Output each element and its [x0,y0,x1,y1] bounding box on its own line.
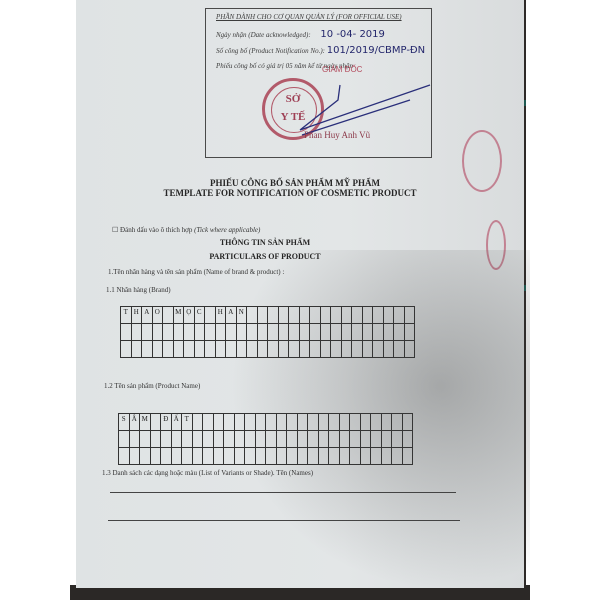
grid-cell[interactable] [213,414,224,431]
official-heading: PHẦN DÀNH CHO CƠ QUAN QUẢN LÝ (FOR OFFIC… [216,13,402,21]
grid-cell[interactable]: T [182,414,193,431]
grid-cell[interactable] [392,448,403,465]
grid-cell[interactable] [245,431,256,448]
grid-cell[interactable] [226,341,237,358]
grid-cell[interactable] [182,431,193,448]
grid-cell[interactable] [192,431,203,448]
grid-cell[interactable] [402,448,413,465]
grid-cell[interactable] [205,307,216,324]
grid-cell[interactable] [266,448,277,465]
grid-cell[interactable] [194,341,205,358]
grid-cell[interactable] [150,431,161,448]
grid-cell[interactable] [121,324,132,341]
grid-cell[interactable] [381,414,392,431]
grid-cell[interactable] [383,307,394,324]
grid-cell[interactable] [247,324,258,341]
grid-cell[interactable] [331,324,342,341]
title-english: TEMPLATE FOR NOTIFICATION OF COSMETIC PR… [140,188,440,198]
grid-cell[interactable]: O [152,307,163,324]
variant-line-2[interactable] [108,520,460,521]
grid-cell[interactable] [329,431,340,448]
grid-cell[interactable] [287,448,298,465]
grid-cell[interactable] [163,341,174,358]
grid-cell[interactable] [121,341,132,358]
director-title: GIÁM ĐỐC [322,65,362,74]
grid-cell[interactable] [163,324,174,341]
grid-cell[interactable] [140,431,151,448]
grid-cell[interactable] [192,448,203,465]
signer-name: Phan Huy Anh Vũ [304,130,370,140]
grid-cell[interactable] [142,324,153,341]
section-heading-vi: THÔNG TIN SẢN PHẨM [180,238,350,247]
grid-cell[interactable] [373,324,384,341]
grid-cell[interactable] [352,341,363,358]
grid-cell[interactable] [161,431,172,448]
grid-cell[interactable] [373,341,384,358]
grid-cell[interactable] [404,324,415,341]
grid-cell[interactable]: N [236,307,247,324]
side-stamp [486,220,506,270]
grid-cell[interactable] [394,341,405,358]
question-1-3-label: 1.3 Danh sách các dạng hoặc màu (List of… [102,469,313,477]
grid-cell[interactable] [308,448,319,465]
grid-cell[interactable] [150,448,161,465]
grid-cell[interactable] [383,324,394,341]
grid-cell[interactable] [142,341,153,358]
grid-cell[interactable] [318,448,329,465]
grid-cell[interactable]: C [194,307,205,324]
date-label: Ngày nhận (Date acknowledged): 10 -04- 2… [216,29,385,40]
grid-cell[interactable] [371,414,382,431]
grid-cell[interactable] [329,448,340,465]
grid-cell[interactable] [192,414,203,431]
grid-cell[interactable] [173,341,184,358]
grid-cell[interactable] [373,307,384,324]
grid-cell[interactable] [320,307,331,324]
grid-cell[interactable] [268,307,279,324]
grid-cell[interactable]: Â [129,414,140,431]
grid-cell[interactable] [276,431,287,448]
grid-cell[interactable] [308,414,319,431]
grid-cell[interactable]: H [131,307,142,324]
grid-cell[interactable] [352,307,363,324]
grid-cell[interactable] [234,414,245,431]
grid-cell[interactable] [152,324,163,341]
grid-cell[interactable] [310,341,321,358]
grid-cell[interactable] [173,324,184,341]
grid-cell[interactable] [266,414,277,431]
grid-cell[interactable] [257,341,268,358]
grid-cell[interactable] [381,448,392,465]
grid-cell[interactable] [299,341,310,358]
grid-cell[interactable] [215,324,226,341]
question-1-1-label: 1.1 Nhãn hàng (Brand) [106,286,171,294]
grid-cell[interactable] [362,307,373,324]
grid-cell[interactable] [205,324,216,341]
grid-cell[interactable] [278,324,289,341]
grid-cell[interactable] [392,414,403,431]
grid-cell[interactable] [352,324,363,341]
grid-cell[interactable] [362,324,373,341]
grid-cell[interactable] [381,431,392,448]
grid-cell[interactable] [203,448,214,465]
grid-cell[interactable] [236,341,247,358]
grid-cell[interactable] [341,307,352,324]
title-vietnamese: PHIẾU CÔNG BỐ SẢN PHẨM MỸ PHẨM [165,178,425,188]
grid-cell[interactable] [350,431,361,448]
grid-cell[interactable] [224,414,235,431]
notification-label: Số công bố (Product Notification No.): 1… [216,45,425,56]
grid-cell[interactable] [320,324,331,341]
grid-cell[interactable] [299,324,310,341]
grid-cell[interactable] [129,431,140,448]
grid-cell[interactable] [163,307,174,324]
grid-cell[interactable] [350,414,361,431]
grid-cell[interactable]: A [142,307,153,324]
grid-cell[interactable] [402,414,413,431]
grid-cell[interactable] [402,431,413,448]
grid-cell[interactable] [331,307,342,324]
grid-cell[interactable] [310,307,321,324]
grid-cell[interactable] [226,324,237,341]
grid-cell[interactable] [161,448,172,465]
grid-cell[interactable] [247,307,258,324]
grid-cell[interactable] [318,414,329,431]
question-1-label: 1.Tên nhãn hàng và tên sản phẩm (Name of… [108,268,284,276]
grid-cell[interactable] [255,431,266,448]
grid-cell[interactable] [213,431,224,448]
grid-cell[interactable] [268,324,279,341]
grid-cell[interactable]: A [226,307,237,324]
grid-cell[interactable] [205,341,216,358]
grid-cell[interactable] [276,414,287,431]
grid-cell[interactable]: M [173,307,184,324]
grid-cell[interactable]: S [119,414,130,431]
date-value: 10 -04- 2019 [320,29,384,40]
grid-cell[interactable] [341,324,352,341]
tick-note: ☐ Đánh dấu vào ô thích hợp (Tick where a… [112,226,260,234]
grid-cell[interactable] [287,414,298,431]
side-stamp [462,130,502,192]
grid-cell[interactable]: T [121,307,132,324]
grid-cell[interactable] [308,431,319,448]
grid-cell[interactable] [171,448,182,465]
section-heading-en: PARTICULARS OF PRODUCT [180,252,350,261]
grid-cell[interactable] [289,341,300,358]
grid-cell[interactable] [297,414,308,431]
grid-cell[interactable] [129,448,140,465]
grid-cell[interactable] [331,341,342,358]
grid-cell[interactable]: Ọ [184,307,195,324]
brand-grid[interactable]: THAOMỌCHAN [120,306,415,358]
grid-cell[interactable] [224,448,235,465]
grid-cell[interactable] [203,414,214,431]
grid-cell[interactable] [392,431,403,448]
grid-cell[interactable] [247,341,258,358]
grid-cell[interactable] [266,431,277,448]
grid-cell[interactable] [329,414,340,431]
grid-cell[interactable] [236,324,247,341]
grid-cell[interactable] [310,324,321,341]
grid-cell[interactable] [341,341,352,358]
grid-cell[interactable] [371,431,382,448]
grid-cell[interactable] [131,341,142,358]
grid-cell[interactable] [278,341,289,358]
grid-cell[interactable] [360,414,371,431]
grid-cell[interactable] [299,307,310,324]
grid-cell[interactable] [394,307,405,324]
grid-cell[interactable] [360,431,371,448]
grid-cell[interactable]: H [215,307,226,324]
grid-cell[interactable] [362,341,373,358]
grid-cell[interactable] [119,448,130,465]
grid-cell[interactable] [194,324,205,341]
grid-cell[interactable] [150,414,161,431]
grid-cell[interactable] [371,448,382,465]
grid-cell[interactable] [184,341,195,358]
grid-cell[interactable] [257,307,268,324]
grid-cell[interactable] [339,431,350,448]
variant-line-1[interactable] [110,492,456,493]
grid-cell[interactable] [268,341,279,358]
grid-cell[interactable] [297,448,308,465]
grid-cell[interactable] [360,448,371,465]
grid-cell[interactable] [404,307,415,324]
grid-cell[interactable] [182,448,193,465]
grid-cell[interactable] [297,431,308,448]
grid-cell[interactable] [234,448,245,465]
grid-cell[interactable] [255,414,266,431]
grid-cell[interactable]: M [140,414,151,431]
grid-cell[interactable] [383,341,394,358]
grid-cell[interactable] [320,341,331,358]
grid-cell[interactable] [152,341,163,358]
grid-cell[interactable] [318,431,329,448]
question-1-2-label: 1.2 Tên sản phẩm (Product Name) [104,382,200,390]
grid-cell[interactable] [289,324,300,341]
grid-cell[interactable] [278,307,289,324]
grid-cell[interactable] [404,341,415,358]
grid-cell[interactable] [184,324,195,341]
grid-cell[interactable] [245,414,256,431]
notification-value: 101/2019/CBMP-ĐN [327,45,425,56]
grid-cell[interactable] [245,448,256,465]
grid-cell[interactable] [203,431,214,448]
grid-cell[interactable] [289,307,300,324]
grid-cell[interactable] [224,431,235,448]
grid-cell[interactable] [255,448,266,465]
grid-cell[interactable] [257,324,268,341]
grid-cell[interactable] [171,431,182,448]
grid-cell[interactable] [234,431,245,448]
grid-cell[interactable] [394,324,405,341]
grid-cell[interactable] [140,448,151,465]
product-name-grid[interactable]: SÂMĐẤT [118,413,413,465]
grid-cell[interactable] [131,324,142,341]
grid-cell[interactable] [119,431,130,448]
grid-cell[interactable] [339,414,350,431]
grid-cell[interactable]: Đ [161,414,172,431]
grid-cell[interactable] [215,341,226,358]
grid-cell[interactable]: Ấ [171,414,182,431]
grid-cell[interactable] [287,431,298,448]
grid-cell[interactable] [276,448,287,465]
grid-cell[interactable] [339,448,350,465]
grid-cell[interactable] [213,448,224,465]
grid-cell[interactable] [350,448,361,465]
